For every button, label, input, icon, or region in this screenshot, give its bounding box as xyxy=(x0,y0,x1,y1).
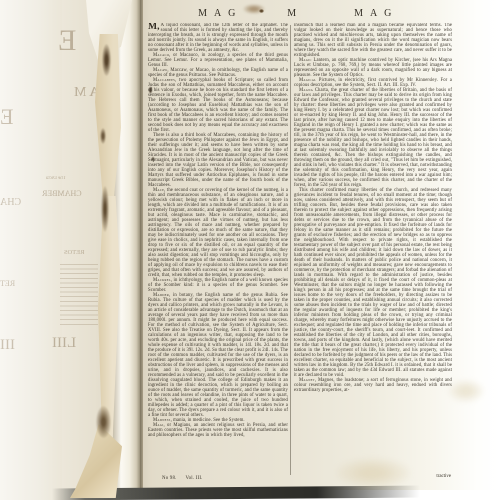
entry-text: There is also a third book of Maccabees,… xyxy=(148,133,288,188)
showthrough-text: CHA xyxy=(0,198,21,208)
ink-stain xyxy=(100,128,106,144)
entry-text: Charta, the great charter of the liberti… xyxy=(294,88,452,188)
page-gutter-crease xyxy=(140,0,143,494)
underlying-page-outer xyxy=(0,0,62,500)
entry-text: A liquid consonant, and the 12th letter … xyxy=(148,23,288,53)
volume-label: Vol. III. xyxy=(186,476,203,481)
entry-text: , two apocryphal books of Scripture; so … xyxy=(148,78,288,133)
showthrough-text: E xyxy=(0,106,13,128)
entry-text: , in botany, the English name of the gen… xyxy=(148,293,288,418)
entry-text: Lantern, an optic machine contrived by K… xyxy=(294,58,452,78)
entry-text: , or Macauco, in zoology, a species of t… xyxy=(148,53,288,68)
entry-paragraph: Magna Charta, the great charter of the l… xyxy=(294,88,452,188)
ink-stain xyxy=(101,186,109,232)
running-head-center: M xyxy=(287,8,298,19)
dropcap-letter: M, xyxy=(148,23,161,31)
entry-text: Pictures, in electricity, first contrive… xyxy=(294,78,452,88)
entry-paragraph: Macaw, Maccaw, or Macao, in ornithology,… xyxy=(148,68,288,78)
entry-text: insomuch that a learned man and a magian… xyxy=(294,23,452,58)
ink-stain xyxy=(102,44,111,76)
entry-paragraph: Magical Pictures, in electricity, first … xyxy=(294,78,452,88)
entry-text: , the second coat or covering of the ker… xyxy=(148,188,288,278)
showthrough-text: RETOS xyxy=(64,250,84,257)
entry-paragraph: Maccabees, two apocryphal books of Scrip… xyxy=(148,78,288,133)
entry-paragraph: There is also a third book of Maccabees,… xyxy=(148,133,288,188)
left-column: M,A liquid consonant, and the 12th lette… xyxy=(148,23,288,475)
entry-paragraph: This charter confirmed many liberties of… xyxy=(294,188,452,378)
running-head-left: M A G xyxy=(198,8,238,19)
entry-paragraph: Magnet, Magnes, the loadstone; a sort of… xyxy=(294,378,452,393)
printed-page-content: M A G M M A G M,A liquid consonant, and … xyxy=(146,4,454,492)
page-footer: No 98.Vol. III. xyxy=(162,476,212,481)
catchword: tractive xyxy=(401,474,451,479)
entry-text: , Magnes, the loadstone; a sort of ferru… xyxy=(294,378,452,393)
showthrough-text: III xyxy=(0,338,15,353)
entry-paragraph: Magi, or Magians, an ancient religious s… xyxy=(148,423,288,438)
entry-paragraph: insomuch that a learned man and a magian… xyxy=(294,23,452,58)
signature-number: No 98. xyxy=(162,476,177,481)
entry-text: , or Magians, an ancient religious sect … xyxy=(148,423,288,438)
column-divider-rule xyxy=(290,25,291,475)
entry-paragraph: Mace, the second coat or covering of the… xyxy=(148,188,288,278)
book-photograph: { "page": { "header": { "left": "M A G",… xyxy=(0,0,500,500)
showthrough-text-lines xyxy=(60,264,98,328)
showthrough-text: E xyxy=(58,26,76,56)
showthrough-text: LIII xyxy=(52,336,76,351)
entry-text: This charter confirmed many liberties of… xyxy=(294,188,452,378)
running-head-right: M A G xyxy=(354,8,394,19)
entry-paragraph: Mackrel, in ichthyology, the English nam… xyxy=(148,278,288,293)
entry-text: , Maccaw, or Macao, in ornithology, the … xyxy=(148,68,288,78)
showthrough-text: The Dicta xyxy=(46,176,66,181)
entry-paragraph: Madder, in botany, the English name of t… xyxy=(148,293,288,418)
entry-paragraph: M,A liquid consonant, and the 12th lette… xyxy=(148,23,288,53)
right-column: insomuch that a learned man and a magian… xyxy=(294,23,452,475)
entry-paragraph: Magic Lantern, an optic machine contrive… xyxy=(294,58,452,78)
showthrough-text: RET xyxy=(0,280,15,288)
showthrough-text: CHAMBER xyxy=(42,190,82,198)
ink-stain xyxy=(96,406,111,438)
entry-paragraph: Macaco, or Macauco, in zoology, a specie… xyxy=(148,53,288,68)
